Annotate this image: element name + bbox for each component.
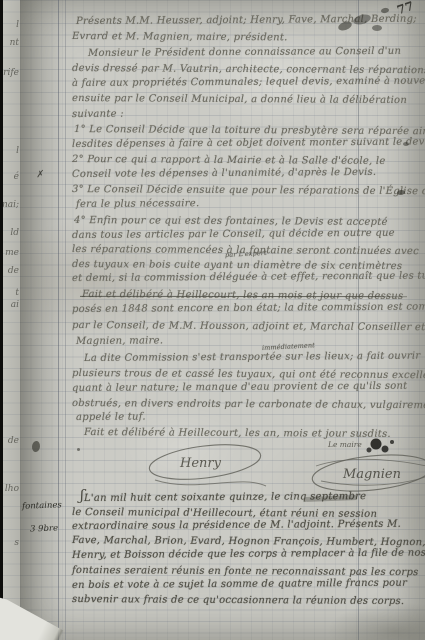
previous-page-text-fragment: lho: [5, 484, 19, 494]
manuscript-line: lesdites dépenses à faire à cet objet do…: [72, 136, 425, 150]
left-margin-rule-2: [65, 0, 66, 640]
manuscript-line: immédiatement: [262, 341, 315, 352]
previous-page-text-fragment: de: [8, 266, 19, 276]
signature-left: Henry: [147, 439, 266, 486]
previous-page-edge: lntrifelémai;ldmedetaidelhos: [3, 0, 20, 640]
manuscript-line: plusieurs trous de et cassé les tuyaux, …: [72, 368, 425, 381]
manuscript-line: La dite Commission s'est transportée sur…: [84, 351, 420, 364]
signatures-block: Henry Le maire Magnien: [140, 436, 425, 502]
manuscript-line: devis dressé par M. Vautrin, architecte,…: [72, 63, 425, 76]
signature-right-name: Magnien: [342, 467, 401, 482]
manuscript-line: appelé le tuf.: [76, 412, 146, 423]
manuscript-line: Evrard et M. Magnien, maire, président.: [72, 31, 288, 43]
previous-page-text-fragment: me: [5, 248, 19, 258]
ink-blob: [372, 25, 382, 31]
ink-scribble-mark: ✗: [35, 169, 44, 180]
previous-page-text-fragment: ld: [10, 228, 19, 238]
signature-left-name: Henry: [179, 456, 222, 471]
left-margin-rule: [58, 0, 59, 640]
previous-page-text-fragment: ai: [11, 300, 19, 310]
ink-blob: [381, 7, 390, 13]
manuscript-line: ensuite par le Conseil Municipal, a donn…: [72, 93, 407, 106]
scanned-register-page: lntrifelémai;ldmedetaidelhos 77 Présents…: [0, 0, 425, 640]
manuscript-line: dans tous les articles par le Conseil, q…: [72, 228, 395, 241]
manuscript-line: à faire aux propriétés Communales; leque…: [72, 75, 425, 89]
manuscript-line: et demi, si la commission déléguée à cet…: [72, 270, 425, 284]
signature-flourish-tail: [155, 480, 266, 486]
signature-right-title: Le maire: [327, 440, 362, 449]
manuscript-line: suivante :: [72, 109, 124, 120]
previous-page-text-fragment: mai;: [3, 200, 19, 210]
previous-page-text-fragment: rife: [3, 68, 19, 78]
previous-page-text-fragment: l: [16, 20, 19, 30]
manuscript-line: fera le plus nécessaire.: [76, 198, 199, 210]
manuscript-line: 3° Le Conseil Décide ensuite que pour le…: [72, 184, 425, 197]
bottom-right-shadow: [305, 585, 425, 640]
previous-page-text-fragment: nt: [10, 38, 19, 48]
ink-blob: [77, 448, 80, 451]
previous-page-text-fragment: l: [16, 146, 19, 156]
manuscript-line: Henry, et Boisson décide que les corps à…: [72, 548, 425, 561]
margin-note: 3 9bre: [30, 524, 58, 535]
manuscript-line: 4° Enfin pour ce qui est des fontaines, …: [74, 215, 388, 228]
manuscript-line: Conseil vote les dépenses à l'unanimité,…: [72, 167, 376, 180]
previous-page-text-fragment: de: [8, 436, 19, 446]
manuscript-line: le Conseil municipal d'Heillecourt, étan…: [72, 507, 377, 520]
manuscript-line: Monsieur le Président donne connaissance…: [88, 46, 401, 59]
manuscript-line: 2° Pour ce qui a rapport à la Mairie et …: [72, 154, 386, 167]
manuscript-line: par le Conseil, de M.M. Housson, adjoint…: [72, 320, 425, 333]
manuscript-line: extraordinaire sous la présidence de M. …: [72, 519, 401, 532]
manuscript-page: 77 Présents M.M. Heusser, adjoint; Henry…: [20, 0, 425, 640]
manuscript-line: Fait et délibéré à Heillecourt, les an m…: [82, 289, 403, 302]
previous-page-text-fragment: t: [15, 288, 19, 298]
manuscript-line: Magnien, maire.: [76, 335, 163, 347]
ink-scribble-mark: ʃ: [80, 486, 84, 504]
ink-blob: [403, 142, 409, 146]
previous-page-text-fragment: é: [14, 172, 19, 182]
manuscript-line: fontaines seraient réunis en fonte ne re…: [72, 565, 419, 578]
ink-blot: [367, 439, 395, 453]
previous-page-text-fragment: s: [14, 538, 19, 548]
manuscript-line: Fave, Marchal, Brion, Evard, Hognon Fran…: [72, 535, 425, 548]
manuscript-line: obstrués, en divers endroits par le carb…: [72, 398, 425, 411]
manuscript-line: par L'expert: [225, 249, 267, 259]
signature-right: Le maire Magnien: [311, 439, 425, 497]
manuscript-line: quant à leur nature; le manque d'eau pro…: [72, 381, 408, 394]
manuscript-line: 1° Le Conseil Décide que la toiture du p…: [74, 124, 425, 137]
margin-note: fontaines: [22, 500, 62, 511]
manuscript-line: posés en 1848 sont encore en bon état; l…: [72, 301, 425, 315]
